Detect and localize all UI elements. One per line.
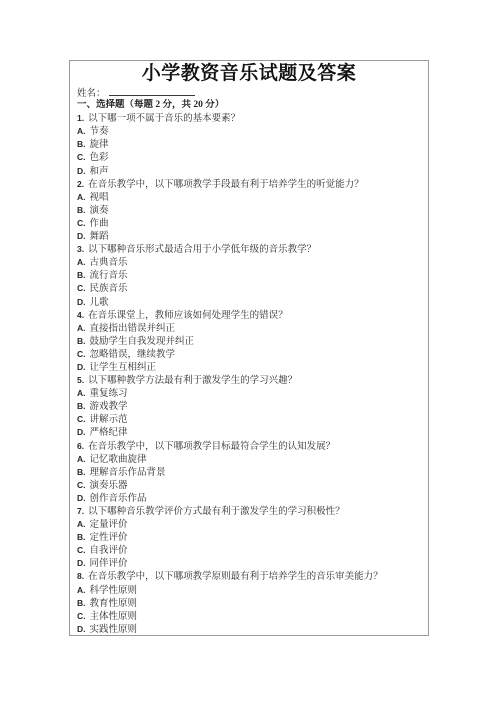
option-letter: B. — [77, 598, 86, 608]
option-text: 让学生互相纠正 — [90, 363, 157, 373]
option-text: 严格纪律 — [90, 428, 128, 438]
option-line: B.教育性原则 — [77, 597, 421, 610]
option-line: D.创作音乐作品 — [77, 492, 421, 505]
option-letter: C. — [77, 480, 86, 490]
option-line: D.和声 — [77, 165, 421, 178]
option-text: 和声 — [90, 167, 109, 177]
option-line: B.旋律 — [77, 138, 421, 151]
option-line: C.忽略错误，继续教学 — [77, 348, 421, 361]
option-letter: D. — [77, 558, 86, 568]
document-border-box: 小学教资音乐试题及答案 姓名： 一、选择题（每题 2 分，共 20 分） 1.以… — [69, 60, 429, 636]
question-number: 7. — [77, 506, 84, 516]
option-text: 色彩 — [90, 153, 109, 163]
option-text: 创作音乐作品 — [90, 494, 147, 504]
question-text: 在音乐教学中，以下哪项教学原则最有利于培养学生的音乐审美能力？ — [88, 572, 383, 582]
option-letter: D. — [77, 493, 86, 503]
option-line: D.儿歌 — [77, 296, 421, 309]
option-letter: A. — [77, 192, 86, 202]
option-letter: D. — [77, 231, 86, 241]
option-line: B.流行音乐 — [77, 269, 421, 282]
question-text: 在音乐教学中，以下哪项教学手段最有利于培养学生的听觉能力？ — [88, 180, 364, 190]
name-underline-blank — [109, 86, 195, 96]
option-text: 古典音乐 — [90, 258, 128, 268]
question-line: 4.在音乐课堂上，教师应该如何处理学生的错误？ — [77, 309, 421, 322]
option-text: 民族音乐 — [90, 284, 128, 294]
question-text: 以下哪种教学方法最有利于激发学生的学习兴趣？ — [88, 376, 297, 386]
question-number: 2. — [77, 179, 84, 189]
option-line: B.游戏教学 — [77, 400, 421, 413]
question-line: 5.以下哪种教学方法最有利于激发学生的学习兴趣？ — [77, 374, 421, 387]
option-line: B.定性评价 — [77, 531, 421, 544]
name-label: 姓名： — [77, 89, 106, 99]
question-number: 3. — [77, 244, 84, 254]
question-text: 在音乐教学中，以下哪项教学目标最符合学生的认知发展？ — [88, 442, 335, 452]
option-letter: B. — [77, 270, 86, 280]
question-number: 4. — [77, 310, 84, 320]
name-line: 姓名： — [77, 86, 421, 99]
option-text: 作曲 — [90, 219, 109, 229]
option-letter: A. — [77, 585, 86, 595]
option-text: 理解音乐作品背景 — [90, 468, 166, 478]
option-letter: C. — [77, 545, 86, 555]
option-line: A.节奏 — [77, 125, 421, 138]
option-text: 忽略错误，继续教学 — [90, 350, 176, 360]
option-text: 流行音乐 — [90, 271, 128, 281]
option-text: 直接指出错误并纠正 — [90, 324, 176, 334]
option-line: C.自我评价 — [77, 544, 421, 557]
document-body: 姓名： 一、选择题（每题 2 分，共 20 分） 1.以下哪一项不属于音乐的基本… — [77, 86, 421, 636]
option-line: A.视唱 — [77, 191, 421, 204]
option-text: 科学性原则 — [90, 586, 138, 596]
option-line: D.同伴评价 — [77, 557, 421, 570]
question-text: 以下哪种音乐教学评价方式最有利于激发学生的学习积极性？ — [88, 507, 345, 517]
question-text: 在音乐课堂上，教师应该如何处理学生的错误？ — [88, 311, 288, 321]
option-line: A.记忆歌曲旋律 — [77, 453, 421, 466]
option-text: 儿歌 — [90, 298, 109, 308]
option-text: 鼓励学生自我发现并纠正 — [90, 337, 195, 347]
option-line: D.实践性原则 — [77, 623, 421, 636]
option-line: C.讲解示范 — [77, 413, 421, 426]
option-text: 演奏乐器 — [90, 481, 128, 491]
option-letter: C. — [77, 611, 86, 621]
document-page: 小学教资音乐试题及答案 姓名： 一、选择题（每题 2 分，共 20 分） 1.以… — [0, 0, 500, 707]
option-line: D.严格纪律 — [77, 426, 421, 439]
option-text: 舞蹈 — [90, 232, 109, 242]
option-text: 记忆歌曲旋律 — [90, 455, 147, 465]
option-line: A.直接指出错误并纠正 — [77, 322, 421, 335]
option-text: 旋律 — [90, 140, 109, 150]
option-letter: C. — [77, 152, 86, 162]
option-text: 游戏教学 — [90, 402, 128, 412]
option-letter: D. — [77, 166, 86, 176]
question-line: 8.在音乐教学中，以下哪项教学原则最有利于培养学生的音乐审美能力？ — [77, 570, 421, 583]
question-line: 1.以下哪一项不属于音乐的基本要素？ — [77, 112, 421, 125]
option-letter: C. — [77, 414, 86, 424]
option-line: C.演奏乐器 — [77, 479, 421, 492]
section-header: 一、选择题（每题 2 分，共 20 分） — [77, 99, 421, 112]
option-text: 实践性原则 — [90, 625, 138, 635]
question-number: 6. — [77, 441, 84, 451]
option-text: 定量评价 — [90, 520, 128, 530]
option-line: D.舞蹈 — [77, 230, 421, 243]
option-letter: A. — [77, 388, 86, 398]
question-text: 以下哪种音乐形式最适合用于小学低年级的音乐教学？ — [88, 245, 316, 255]
option-text: 教育性原则 — [90, 599, 138, 609]
question-line: 2.在音乐教学中，以下哪项教学手段最有利于培养学生的听觉能力？ — [77, 178, 421, 191]
option-text: 同伴评价 — [90, 559, 128, 569]
option-line: C.作曲 — [77, 217, 421, 230]
option-letter: A. — [77, 454, 86, 464]
option-text: 演奏 — [90, 206, 109, 216]
question-number: 1. — [77, 113, 84, 123]
question-line: 3.以下哪种音乐形式最适合用于小学低年级的音乐教学？ — [77, 243, 421, 256]
option-text: 重复练习 — [90, 389, 128, 399]
option-line: A.科学性原则 — [77, 584, 421, 597]
option-line: C.主体性原则 — [77, 610, 421, 623]
option-line: B.演奏 — [77, 204, 421, 217]
option-letter: A. — [77, 257, 86, 267]
option-letter: A. — [77, 519, 86, 529]
option-letter: C. — [77, 349, 86, 359]
option-letter: D. — [77, 624, 86, 634]
option-text: 主体性原则 — [90, 612, 138, 622]
option-letter: B. — [77, 336, 86, 346]
option-letter: B. — [77, 467, 86, 477]
option-letter: A. — [77, 323, 86, 333]
option-text: 自我评价 — [90, 546, 128, 556]
question-line: 6.在音乐教学中，以下哪项教学目标最符合学生的认知发展？ — [77, 440, 421, 453]
option-text: 视唱 — [90, 193, 109, 203]
option-letter: B. — [77, 532, 86, 542]
option-letter: B. — [77, 139, 86, 149]
option-line: C.民族音乐 — [77, 282, 421, 295]
option-text: 定性评价 — [90, 533, 128, 543]
option-line: A.古典音乐 — [77, 256, 421, 269]
option-letter: A. — [77, 126, 86, 136]
option-letter: B. — [77, 401, 86, 411]
question-number: 8. — [77, 571, 84, 581]
option-letter: D. — [77, 362, 86, 372]
option-letter: C. — [77, 283, 86, 293]
option-line: C.色彩 — [77, 151, 421, 164]
option-letter: C. — [77, 218, 86, 228]
question-number: 5. — [77, 375, 84, 385]
option-line: B.理解音乐作品背景 — [77, 466, 421, 479]
option-line: D.让学生互相纠正 — [77, 361, 421, 374]
option-letter: D. — [77, 427, 86, 437]
question-list: 1.以下哪一项不属于音乐的基本要素？A.节奏B.旋律C.色彩D.和声2.在音乐教… — [77, 112, 421, 636]
option-letter: B. — [77, 205, 86, 215]
option-text: 节奏 — [90, 127, 109, 137]
option-line: A.定量评价 — [77, 518, 421, 531]
option-text: 讲解示范 — [90, 415, 128, 425]
page-title: 小学教资音乐试题及答案 — [77, 63, 421, 85]
question-line: 7.以下哪种音乐教学评价方式最有利于激发学生的学习积极性？ — [77, 505, 421, 518]
option-line: B.鼓励学生自我发现并纠正 — [77, 335, 421, 348]
option-letter: D. — [77, 297, 86, 307]
question-text: 以下哪一项不属于音乐的基本要素？ — [88, 114, 240, 124]
option-line: A.重复练习 — [77, 387, 421, 400]
